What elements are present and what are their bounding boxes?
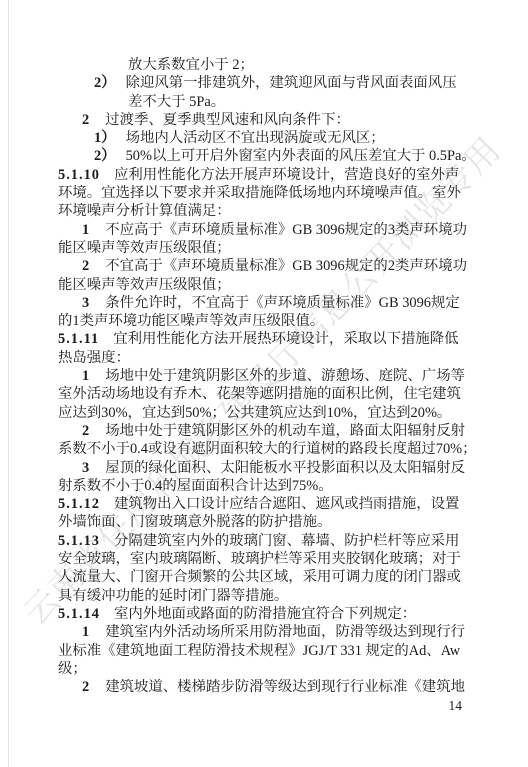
text-line: 业标准《建筑地面工程防滑技术规程》JGJ/T 331 规定的Ad、Aw [58,642,468,660]
line-text: 具有缓冲功能的延时闭门器等措施。 [58,588,288,604]
clause-number: 5.1.11 [58,331,99,347]
text-line: 5.1.13分隔建筑室内外的玻璃门窗、幕墙、防护栏杆等应采用 [58,532,468,550]
text-line: 5.1.11宜利用性能化方法开展热环境设计，采取以下措施降低 [58,330,468,348]
line-text: 不宜高于《声环境质量标准》GB 3096规定的2类声环境功 [105,258,467,274]
line-text: 应利用性能化方法开展声环境设计，营造良好的室外声 [114,167,459,183]
text-line: 2）50%以上可开启外窗室内外表面的风压差宜大于 0.5Pa。 [58,147,468,165]
text-line: 人流量大、门窗开合频繁的公共区域，采用可调力度的闭门器或 [58,568,468,586]
text-line: 3条件允许时，不宜高于《声环境质量标准》GB 3096规定 [58,294,468,312]
clause-number: 1） [94,130,116,146]
line-text: 建筑室内外活动场所采用防滑地面，防滑等级达到现行行 [105,624,465,640]
line-text: 能区噪声等效声压级限值； [58,277,231,293]
text-line: 2场地中处于建筑阴影区外的机动车道，路面太阳辐射反射 [58,422,468,440]
text-line: 5.1.12建筑物出入口设计应结合遮阳、遮风或挡雨措施，设置 [58,495,468,513]
text-line: 外墙饰面、门窗玻璃意外脱落的防护措施。 [58,513,468,531]
text-line: 1建筑室内外活动场所采用防滑地面，防滑等级达到现行行 [58,623,468,641]
line-text: 场地中处于建筑阴影区外的机动车道，路面太阳辐射反射 [105,423,465,439]
text-line: 系数不小于0.4或设有遮阴面积较大的行道树的路段长度超过70%； [58,440,468,458]
line-text: 屋顶的绿化面积、太阳能板水平投影面积以及太阳辐射反 [105,460,465,476]
text-line: 5.1.14室内外地面或路面的防滑措施宜符合下列规定： [58,605,468,623]
page-number: 14 [449,698,463,714]
line-text: 人流量大、门窗开合频繁的公共区域，采用可调力度的闭门器或 [58,569,461,585]
clause-number: 5.1.13 [58,533,100,549]
line-text: 建筑坡道、楼梯踏步防滑等级达到现行行业标准《建筑地 [105,679,465,695]
text-line: 环境。宜选择以下要求并采取措施降低场地内环境噪声值。室外 [58,184,468,202]
line-text: 过渡季、夏季典型风速和风向条件下： [105,112,350,128]
line-text: 外墙饰面、门窗玻璃意外脱落的防护措施。 [58,514,331,530]
line-text: 分隔建筑室内外的玻璃门窗、幕墙、防护栏杆等应采用 [114,533,459,549]
text-line: 应达到30%，宜达到50%；公共建筑应达到10%，宜达到20%。 [58,404,468,422]
text-line: 1）场地内人活动区不宜出现涡旋或无风区； [58,129,468,147]
clause-number: 3 [82,460,89,476]
line-text: 能区噪声等效声压级限值； [58,240,231,256]
scan-edge-artifact [8,0,9,767]
document-page: 放大系数宜小于 2；2）除迎风第一排建筑外，建筑迎风面与背风面表面风压差不大于 … [0,0,528,767]
clause-number: 1 [82,368,89,384]
line-text: 环境。宜选择以下要求并采取措施降低场地内环境噪声值。室外 [58,185,461,201]
text-line: 具有缓冲功能的延时闭门器等措施。 [58,587,468,605]
line-text: 级； [58,661,87,677]
clause-number: 2 [82,679,89,695]
text-block: 放大系数宜小于 2；2）除迎风第一排建筑外，建筑迎风面与背风面表面风压差不大于 … [58,56,468,696]
line-text: 系数不小于0.4或设有遮阴面积较大的行道树的路段长度超过70%； [58,441,477,457]
clause-number: 2） [94,148,116,164]
text-line: 热岛强度： [58,349,468,367]
line-text: 射系数不小于0.4的屋面面积合计达到75%。 [58,478,333,494]
clause-number: 1 [82,222,89,238]
text-line: 差不大于 5Pa。 [58,93,468,111]
line-text: 放大系数宜小于 2； [128,57,254,73]
text-line: 的1类声环境功能区噪声等效声压级限值。 [58,312,468,330]
text-line: 2建筑坡道、楼梯踏步防滑等级达到现行行业标准《建筑地 [58,678,468,696]
clause-number: 2） [94,75,116,91]
clause-number: 1 [82,624,89,640]
line-text: 室内外地面或路面的防滑措施宜符合下列规定： [114,606,416,622]
text-line: 放大系数宜小于 2； [58,56,468,74]
line-text: 差不大于 5Pa。 [128,94,225,110]
line-text: 的1类声环境功能区噪声等效声压级限值。 [58,313,324,329]
line-text: 不应高于《声环境质量标准》GB 3096规定的3类声环境功 [105,222,467,238]
text-line: 环境噪声分析计算值满足： [58,202,468,220]
text-line: 射系数不小于0.4的屋面面积合计达到75%。 [58,477,468,495]
text-line: 能区噪声等效声压级限值； [58,239,468,257]
line-text: 应达到30%，宜达到50%；公共建筑应达到10%，宜达到20%。 [58,405,451,421]
text-line: 5.1.10应利用性能化方法开展声环境设计，营造良好的室外声 [58,166,468,184]
clause-number: 2 [82,258,89,274]
line-text: 建筑物出入口设计应结合遮阳、遮风或挡雨措施，设置 [114,496,459,512]
line-text: 条件允许时，不宜高于《声环境质量标准》GB 3096规定 [105,295,460,311]
text-line: 1场地中处于建筑阴影区外的步道、游憩场、庭院、广场等 [58,367,468,385]
line-text: 环境噪声分析计算值满足： [58,203,231,219]
clause-number: 2 [82,112,89,128]
text-line: 2过渡季、夏季典型风速和风向条件下： [58,111,468,129]
line-text: 50%以上可开启外窗室内外表面的风压差宜大于 0.5Pa。 [126,148,476,164]
clause-number: 5.1.12 [58,496,100,512]
text-line: 2不宜高于《声环境质量标准》GB 3096规定的2类声环境功 [58,257,468,275]
text-line: 1不应高于《声环境质量标准》GB 3096规定的3类声环境功 [58,221,468,239]
clause-number: 5.1.10 [58,167,100,183]
clause-number: 3 [82,295,89,311]
text-line: 级； [58,660,468,678]
line-text: 业标准《建筑地面工程防滑技术规程》JGJ/T 331 规定的Ad、Aw [58,643,460,659]
line-text: 热岛强度： [58,350,130,366]
line-text: 场地内人活动区不宜出现涡旋或无风区； [126,130,385,146]
text-line: 安全玻璃，室内玻璃隔断、玻璃护栏等采用夹胶钢化玻璃；对于 [58,550,468,568]
line-text: 除迎风第一排建筑外，建筑迎风面与背风面表面风压 [126,75,457,91]
line-text: 宜利用性能化方法开展热环境设计，采取以下措施降低 [113,331,458,347]
text-line: 2）除迎风第一排建筑外，建筑迎风面与背风面表面风压 [58,74,468,92]
line-text: 室外活动场地设有乔木、花架等遮阴措施的面积比例，住宅建筑 [58,386,461,402]
line-text: 场地中处于建筑阴影区外的步道、游憩场、庭院、广场等 [105,368,465,384]
text-line: 能区噪声等效声压级限值； [58,276,468,294]
text-line: 3屋顶的绿化面积、太阳能板水平投影面积以及太阳辐射反 [58,459,468,477]
clause-number: 2 [82,423,89,439]
text-line: 室外活动场地设有乔木、花架等遮阴措施的面积比例，住宅建筑 [58,385,468,403]
clause-number: 5.1.14 [58,606,100,622]
line-text: 安全玻璃，室内玻璃隔断、玻璃护栏等采用夹胶钢化玻璃；对于 [58,551,461,567]
